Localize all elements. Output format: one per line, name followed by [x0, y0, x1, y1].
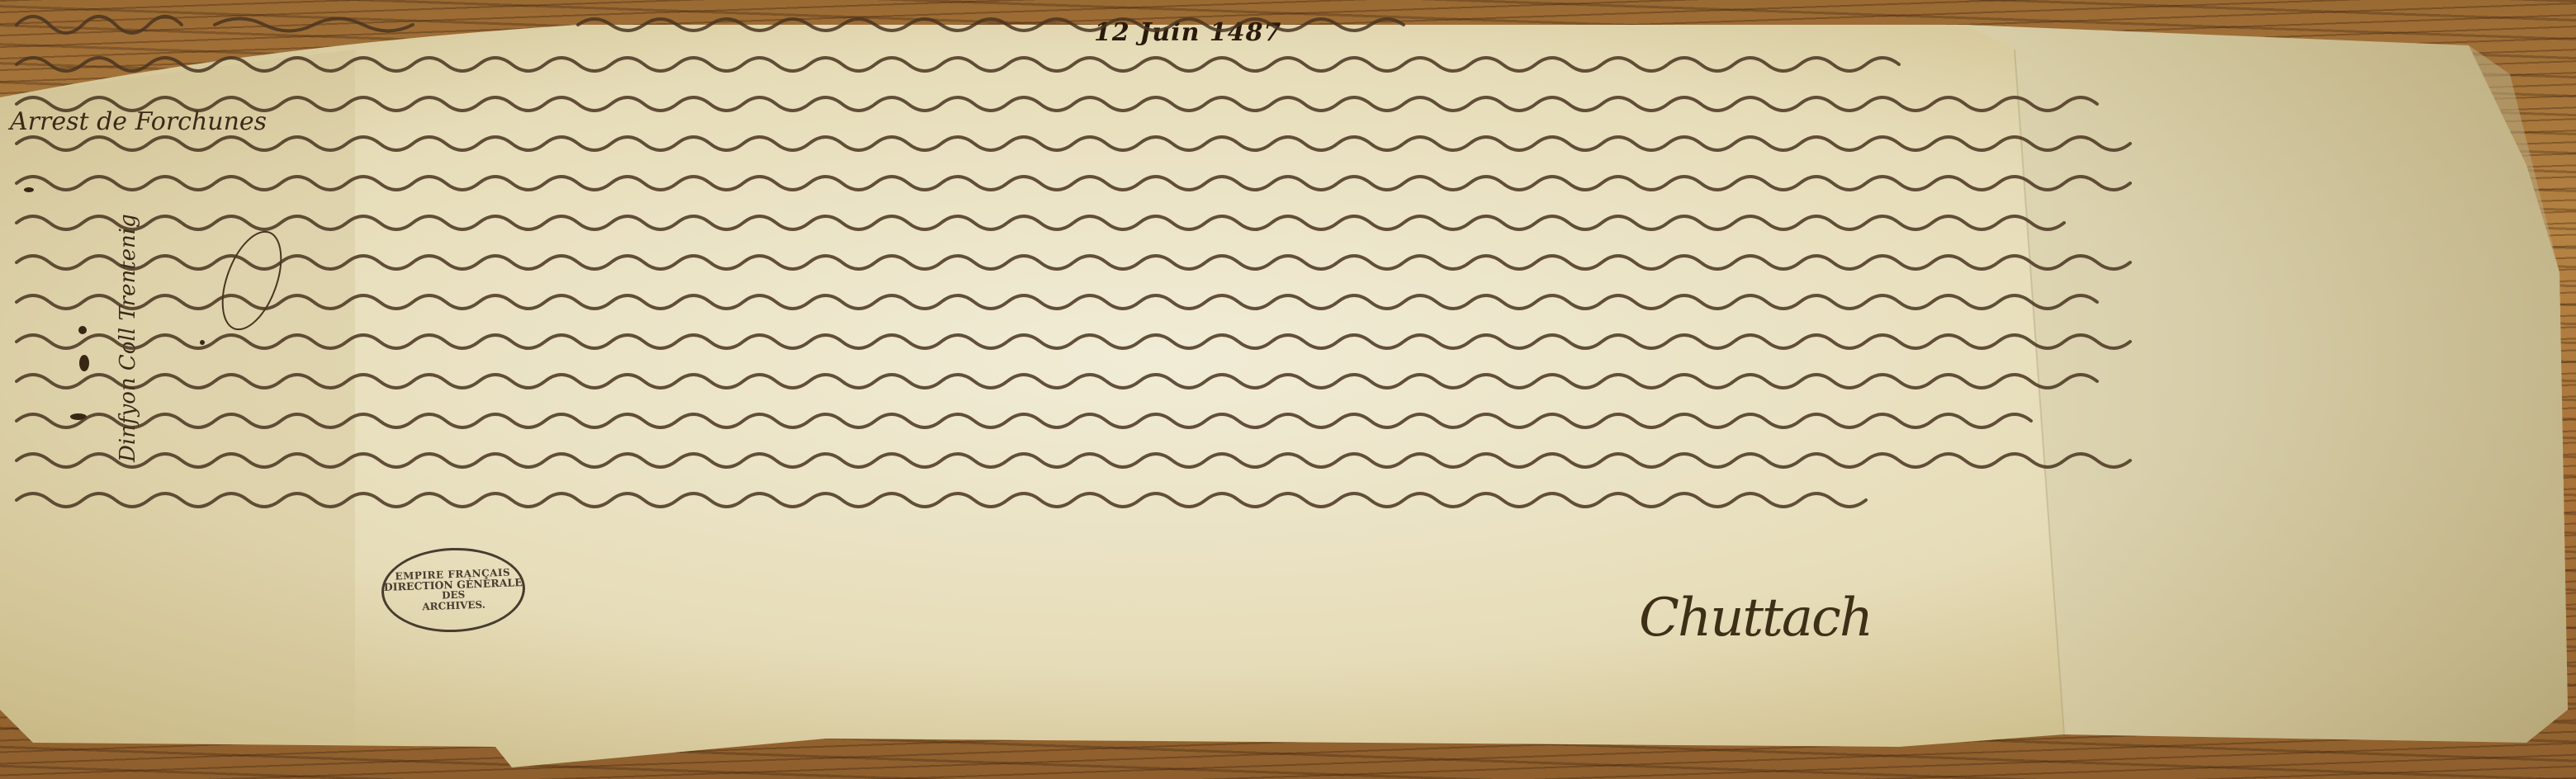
parchment-document: 12 Juin 1487 Arrest de Forchunes Dinfyon… — [0, 0, 2576, 779]
signature: Chuttach — [1639, 588, 1872, 649]
handwritten-body-text — [0, 0, 2147, 512]
stamp-line-4: ARCHIVES. — [422, 600, 485, 612]
